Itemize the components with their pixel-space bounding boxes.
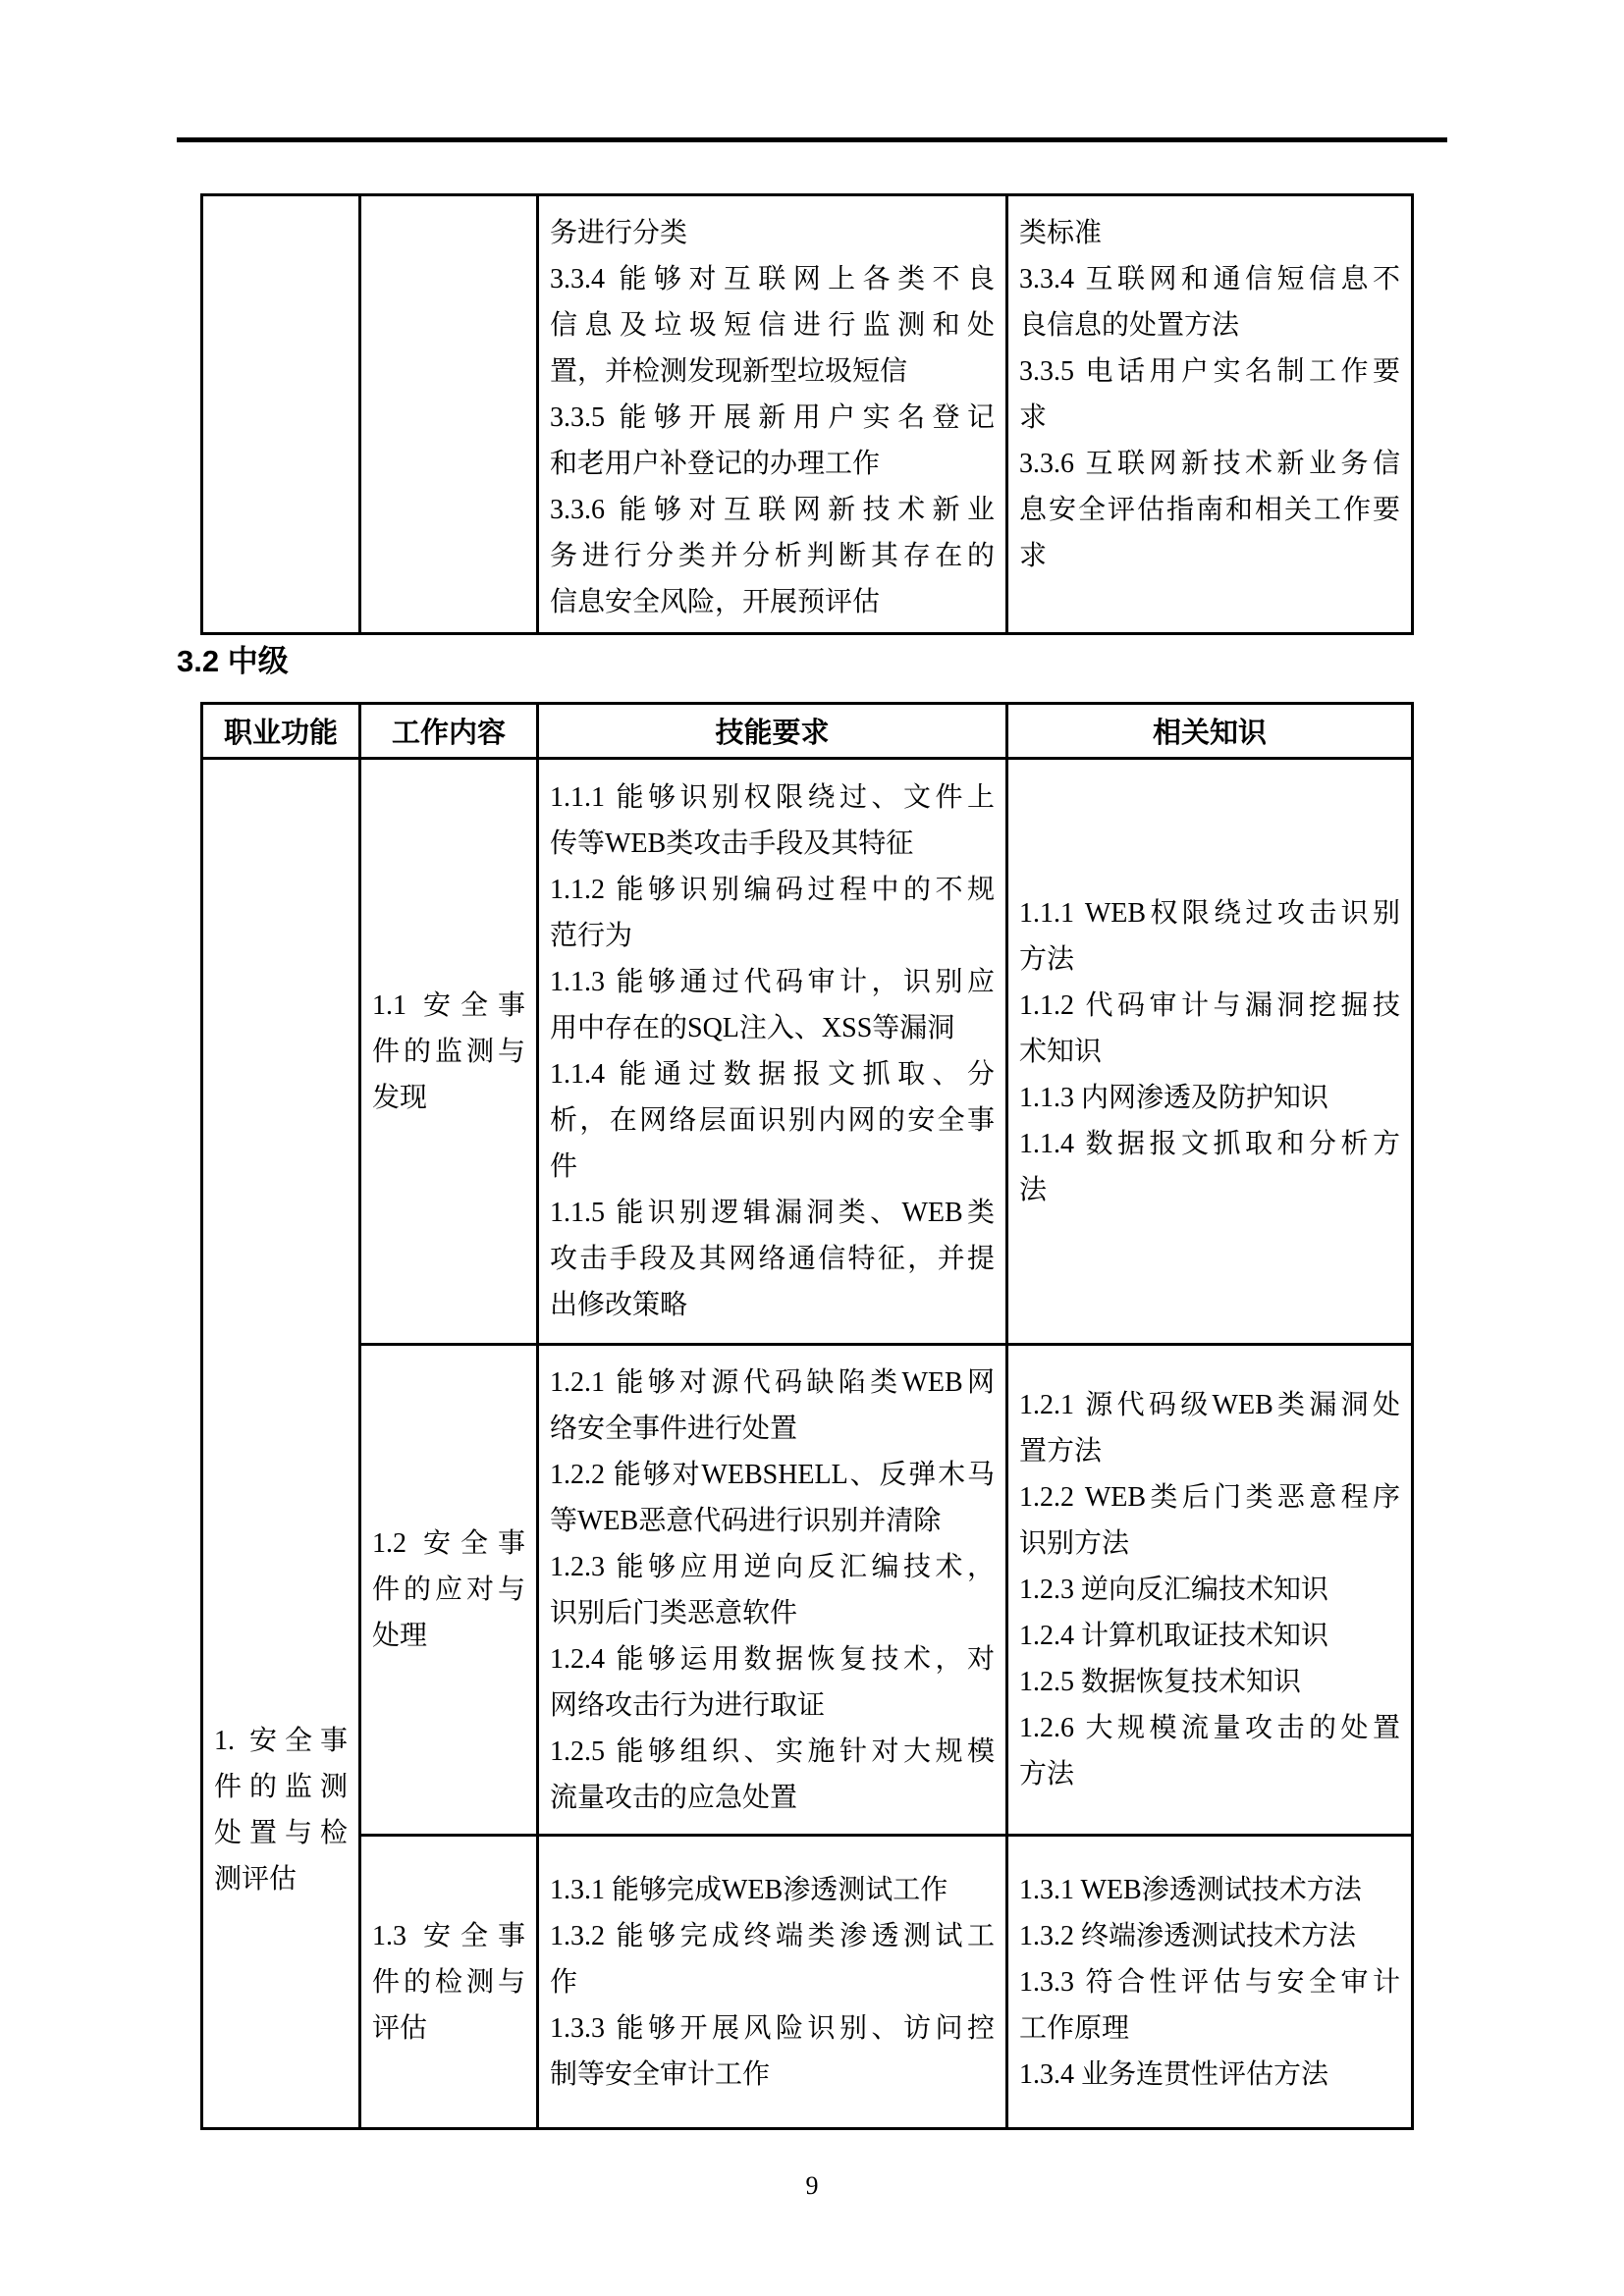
- text-line: 术知识: [1019, 1029, 1400, 1075]
- text-line: 3.3.4 互联网和通信短信息不: [1019, 256, 1400, 302]
- text-line: 评估: [372, 2005, 525, 2052]
- text-line: 处理: [372, 1613, 525, 1659]
- continuation-cell-job-function: [203, 196, 358, 632]
- text-line: 3.3.6 互联网新技术新业务信: [1019, 441, 1400, 487]
- text-line: 1.3.2 能够完成终端类渗透测试工: [550, 1913, 995, 1959]
- text-line: 1.1.2 代码审计与漏洞挖掘技: [1019, 983, 1400, 1029]
- cell-skills-3: 1.3.1 能够完成WEB渗透测试工作1.3.2 能够完成终端类渗透测试工作1.…: [536, 1834, 1005, 2127]
- continuation-table: 务进行分类3.3.4 能够对互联网上各类不良信息及垃圾短信进行监测和处置，并检测…: [200, 193, 1414, 635]
- text-line: 网络攻击行为进行取证: [550, 1682, 995, 1729]
- text-line: 良信息的处置方法: [1019, 302, 1400, 348]
- text-line: 发现: [372, 1075, 525, 1121]
- text-line: 传等WEB类攻击手段及其特征: [550, 821, 995, 867]
- text-line: 1.1.1 WEB权限绕过攻击识别: [1019, 890, 1400, 936]
- text-line: 1.2 安全事: [372, 1521, 525, 1567]
- text-line: 方法: [1019, 1751, 1400, 1797]
- text-line: 识别后门类恶意软件: [550, 1590, 995, 1636]
- cell-skills-2: 1.2.1 能够对源代码缺陷类WEB网络安全事件进行处置1.2.2 能够对WEB…: [536, 1343, 1005, 1834]
- text-line: 置方法: [1019, 1428, 1400, 1474]
- text-line: 络安全事件进行处置: [550, 1406, 995, 1452]
- text-line: 类标准: [1019, 210, 1400, 256]
- text-line: 信息及垃圾短信进行监测和处: [550, 302, 995, 348]
- text-line: 3.3.6 能够对互联网新技术新业: [550, 487, 995, 533]
- text-line: 1.2.4 计算机取证技术知识: [1019, 1613, 1400, 1659]
- cell-knowledge-2: 1.2.1 源代码级WEB类漏洞处置方法1.2.2 WEB类后门类恶意程序识别方…: [1005, 1343, 1411, 1834]
- document-page: 务进行分类3.3.4 能够对互联网上各类不良信息及垃圾短信进行监测和处置，并检测…: [0, 0, 1624, 2296]
- text-line: 1.3 安全事: [372, 1913, 525, 1959]
- text-line: 1.3.3 符合性评估与安全审计: [1019, 1959, 1400, 2005]
- text-line: 件的监测与: [372, 1029, 525, 1075]
- text-line: 识别方法: [1019, 1521, 1400, 1567]
- cell-work-content-2: 1.2 安全事件的应对与处理: [358, 1343, 536, 1834]
- text-line: 求: [1019, 533, 1400, 579]
- text-line: 1.1 安全事: [372, 983, 525, 1029]
- text-line: 1.2.1 源代码级WEB类漏洞处: [1019, 1382, 1400, 1428]
- text-line: 流量攻击的应急处置: [550, 1775, 995, 1821]
- cell-skills-1: 1.1.1 能够识别权限绕过、文件上传等WEB类攻击手段及其特征1.1.2 能够…: [536, 757, 1005, 1343]
- text-line: 件: [550, 1144, 995, 1190]
- text-line: 3.3.5 电话用户实名制工作要: [1019, 348, 1400, 395]
- text-line: 用中存在的SQL注入、XSS等漏洞: [550, 1005, 995, 1051]
- col-header-job-function: 职业功能: [203, 705, 358, 757]
- text-line: 务进行分类并分析判断其存在的: [550, 533, 995, 579]
- text-line: 信息安全风险，开展预评估: [550, 579, 995, 625]
- text-line: 件的检测与: [372, 1959, 525, 2005]
- text-line: 1.3.1 能够完成WEB渗透测试工作: [550, 1867, 995, 1913]
- text-line: 1.2.3 逆向反汇编技术知识: [1019, 1567, 1400, 1613]
- col-header-skills: 技能要求: [536, 705, 1005, 757]
- col-header-work-content: 工作内容: [358, 705, 536, 757]
- text-line: 1.3.1 WEB渗透测试技术方法: [1019, 1867, 1400, 1913]
- text-line: 1.1.2 能够识别编码过程中的不规: [550, 867, 995, 913]
- text-line: 1.2.2 能够对WEBSHELL、反弹木马: [550, 1452, 995, 1498]
- cell-knowledge-1: 1.1.1 WEB权限绕过攻击识别方法1.1.2 代码审计与漏洞挖掘技术知识1.…: [1005, 757, 1411, 1343]
- text-line: 和老用户补登记的办理工作: [550, 441, 995, 487]
- skills-table: 职业功能 工作内容 技能要求 相关知识 1. 安全事件的监测处置与检测评估 1.…: [200, 702, 1414, 2130]
- text-line: 1.2.5 数据恢复技术知识: [1019, 1659, 1400, 1705]
- text-line: 范行为: [550, 913, 995, 959]
- text-line: 1.3.4 业务连贯性评估方法: [1019, 2052, 1400, 2098]
- cell-job-function: 1. 安全事件的监测处置与检测评估: [203, 757, 358, 2127]
- cell-work-content-3: 1.3 安全事件的检测与评估: [358, 1834, 536, 2127]
- continuation-cell-work-content: [358, 196, 536, 632]
- text-line: 1.1.3 能够通过代码审计，识别应: [550, 959, 995, 1005]
- text-line: 攻击手段及其网络通信特征，并提: [550, 1236, 995, 1282]
- text-line: 件的应对与: [372, 1567, 525, 1613]
- text-line: 1.2.4 能够运用数据恢复技术，对: [550, 1636, 995, 1682]
- text-line: 1.2.2 WEB类后门类恶意程序: [1019, 1474, 1400, 1521]
- text-line: 1. 安全事: [214, 1718, 348, 1764]
- text-line: 1.1.4 能通过数据报文抓取、分: [550, 1051, 995, 1097]
- text-line: 务进行分类: [550, 210, 995, 256]
- text-line: 1.1.5 能识别逻辑漏洞类、WEB类: [550, 1190, 995, 1236]
- text-line: 1.1.1 能够识别权限绕过、文件上: [550, 774, 995, 821]
- text-line: 作: [550, 1959, 995, 2005]
- text-line: 3.3.5 能够开展新用户实名登记: [550, 395, 995, 441]
- text-line: 方法: [1019, 936, 1400, 983]
- text-line: 1.1.3 内网渗透及防护知识: [1019, 1075, 1400, 1121]
- text-line: 件的监测: [214, 1764, 348, 1810]
- cell-work-content-1: 1.1 安全事件的监测与发现: [358, 757, 536, 1343]
- text-line: 息安全评估指南和相关工作要: [1019, 487, 1400, 533]
- text-line: 1.2.6 大规模流量攻击的处置: [1019, 1705, 1400, 1751]
- text-line: 等WEB恶意代码进行识别并清除: [550, 1498, 995, 1544]
- header-rule: [177, 137, 1447, 142]
- text-line: 求: [1019, 395, 1400, 441]
- text-line: 测评估: [214, 1856, 348, 1902]
- text-line: 1.2.1 能够对源代码缺陷类WEB网: [550, 1360, 995, 1406]
- text-line: 1.3.2 终端渗透测试技术方法: [1019, 1913, 1400, 1959]
- text-line: 3.3.4 能够对互联网上各类不良: [550, 256, 995, 302]
- cell-knowledge-3: 1.3.1 WEB渗透测试技术方法1.3.2 终端渗透测试技术方法1.3.3 符…: [1005, 1834, 1411, 2127]
- text-line: 1.2.3 能够应用逆向反汇编技术，: [550, 1544, 995, 1590]
- section-heading: 3.2 中级: [177, 638, 289, 685]
- text-line: 1.1.4 数据报文抓取和分析方: [1019, 1121, 1400, 1167]
- text-line: 处置与检: [214, 1810, 348, 1856]
- text-line: 1.3.3 能够开展风险识别、访问控: [550, 2005, 995, 2052]
- text-line: 法: [1019, 1167, 1400, 1213]
- continuation-cell-knowledge: 类标准3.3.4 互联网和通信短信息不良信息的处置方法3.3.5 电话用户实名制…: [1005, 196, 1411, 632]
- text-line: 1.2.5 能够组织、实施针对大规模: [550, 1729, 995, 1775]
- continuation-cell-skills: 务进行分类3.3.4 能够对互联网上各类不良信息及垃圾短信进行监测和处置，并检测…: [536, 196, 1005, 632]
- page-number: 9: [0, 2171, 1624, 2201]
- text-line: 工作原理: [1019, 2005, 1400, 2052]
- col-header-knowledge: 相关知识: [1005, 705, 1411, 757]
- text-line: 制等安全审计工作: [550, 2052, 995, 2098]
- text-line: 置，并检测发现新型垃圾短信: [550, 348, 995, 395]
- text-line: 析，在网络层面识别内网的安全事: [550, 1097, 995, 1144]
- text-line: 出修改策略: [550, 1282, 995, 1328]
